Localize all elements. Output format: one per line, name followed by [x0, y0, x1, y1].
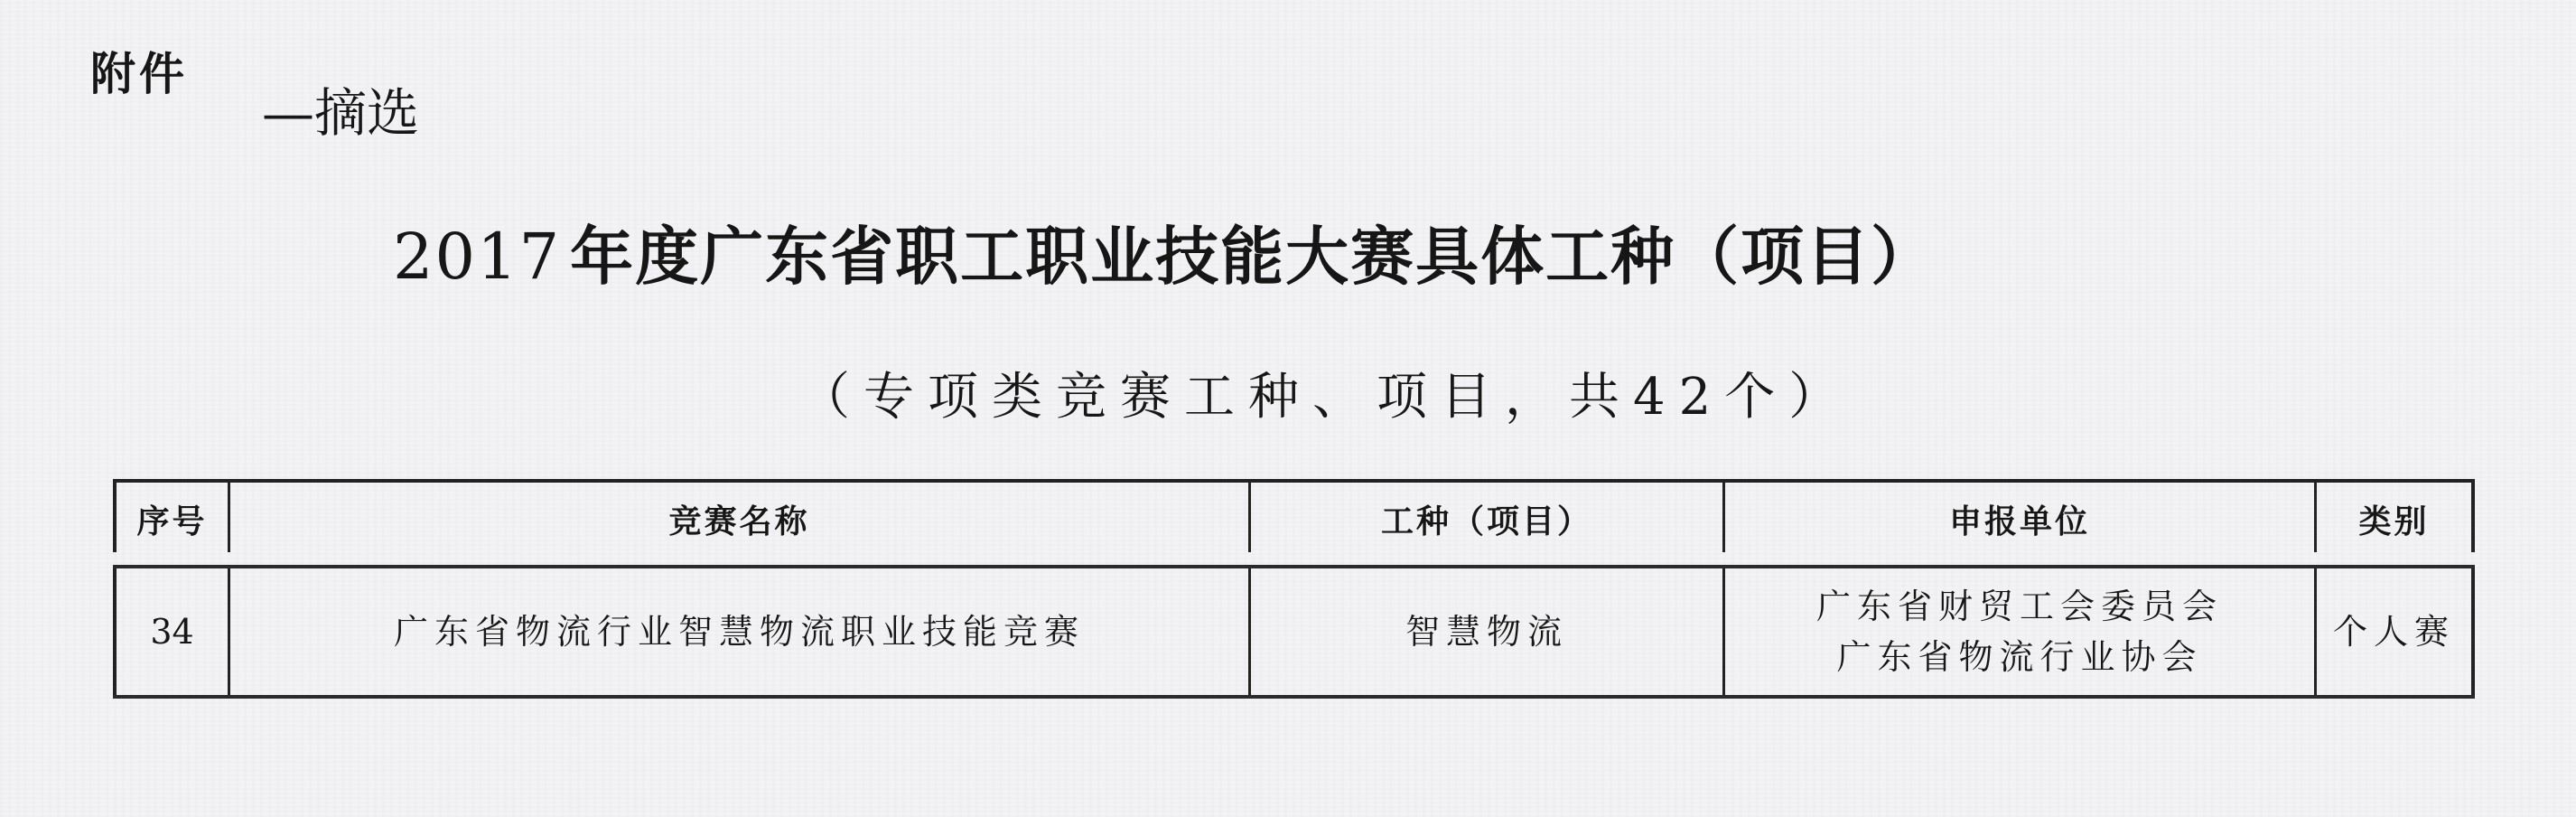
table-header-row: 序号 竞赛名称 工种（项目） 申报单位 类别	[113, 479, 2475, 552]
cell-category: 个人赛	[2317, 568, 2475, 695]
column-header-competition-name: 竞赛名称	[230, 483, 1251, 552]
column-header-trade: 工种（项目）	[1251, 483, 1725, 552]
table-row: 34 广东省物流行业智慧物流职业技能竞赛 智慧物流 广东省财贸工会委员会 广东省…	[113, 565, 2475, 699]
document-title: 2017年度广东省职工职业技能大赛具体工种（项目）	[0, 206, 2576, 297]
cell-index: 34	[113, 568, 230, 695]
attachment-label: 附件	[90, 38, 188, 103]
organizer-2: 广东省物流行业协会	[1836, 632, 2202, 682]
column-header-category: 类别	[2317, 483, 2475, 552]
organizer-1: 广东省财贸工会委员会	[1816, 581, 2223, 632]
title-year: 2017	[393, 220, 561, 294]
column-header-organizer: 申报单位	[1725, 483, 2317, 552]
cell-organizers: 广东省财贸工会委员会 广东省物流行业协会	[1725, 568, 2317, 695]
cell-trade: 智慧物流	[1251, 568, 1725, 695]
column-header-index: 序号	[113, 483, 230, 552]
excerpt-label: —摘选	[262, 70, 419, 146]
cell-competition-name: 广东省物流行业智慧物流职业技能竞赛	[230, 568, 1251, 695]
document-subtitle: （专项类竞赛工种、项目，共42个）	[799, 357, 1853, 429]
title-text: 年度广东省职工职业技能大赛具体工种（项目）	[570, 219, 1936, 294]
